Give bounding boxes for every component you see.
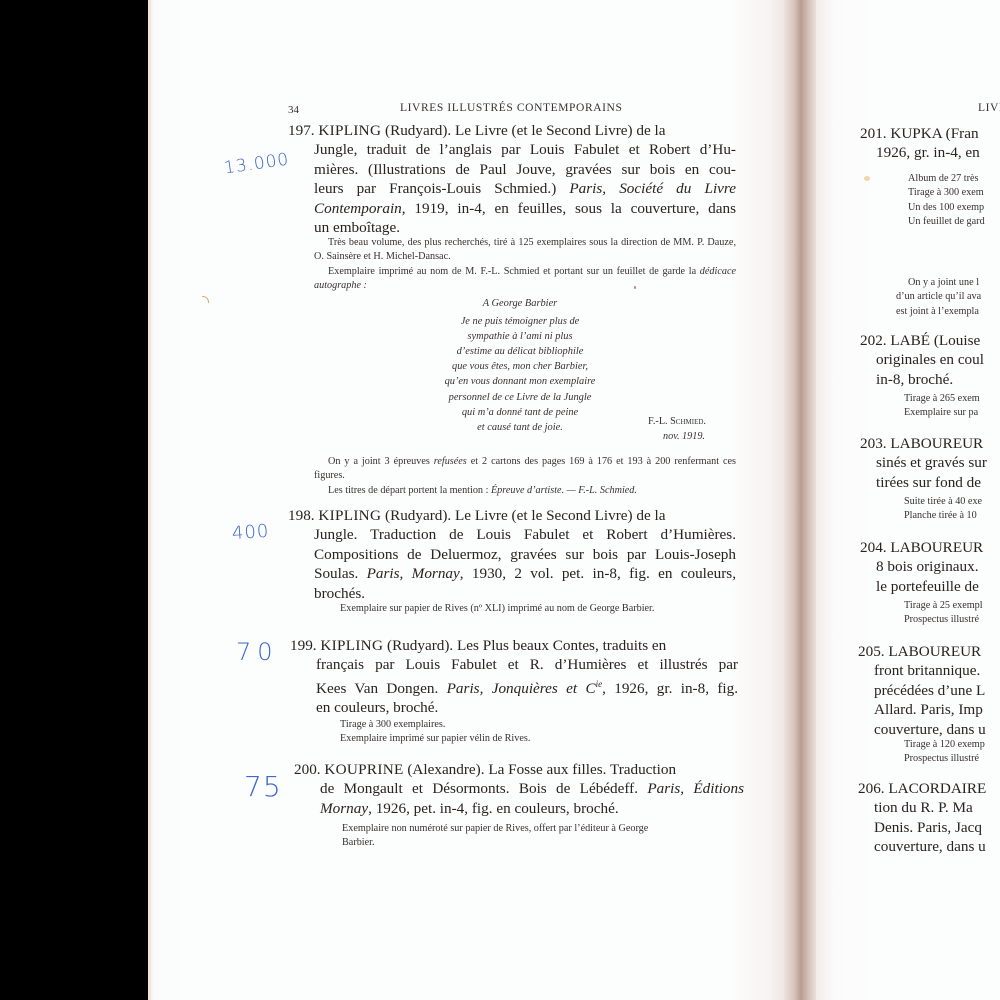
catalogue-entry-202: 202. LABÉ (Louise originales en coul in-…	[860, 331, 984, 389]
entry-text-line: , 1926, gr. in-8, fig.	[602, 680, 738, 697]
entry-text-line: précédées d’une L	[858, 681, 986, 700]
running-head: LIVRES ILLUSTRÉS CONTEMPORAINS	[400, 102, 622, 114]
entry-text-line: 203. LABOUREUR	[860, 434, 987, 453]
handwritten-price-199: 70	[236, 638, 279, 666]
entry-text-line: 8 bois originaux.	[860, 557, 983, 576]
note-paragraph: Barbier.	[342, 836, 742, 850]
entry-text-line: Soulas.	[314, 565, 358, 582]
note-line: On y a joint une l	[896, 276, 981, 290]
note-line: Un feuillet de gard	[908, 215, 985, 229]
entry-title-line: La Fosse aux filles. Traduction	[488, 761, 676, 778]
page-number: 34	[288, 104, 299, 116]
dedication-line: sympathie à l’ami ni plus	[410, 329, 630, 344]
entry-text-line: front britannique.	[858, 661, 986, 680]
entry-note: Album de 27 très Tirage à 300 exem Un de…	[908, 172, 985, 230]
catalogue-entry-197: 197. KIPLING (Rudyard). Le Livre (et le …	[288, 121, 736, 237]
entry-text-line: , 1919, in-4, en feuilles, sous la couve…	[402, 200, 736, 217]
handwritten-price-198: 400	[231, 521, 270, 545]
note-paragraph: Très beau volume, des plus recherchés, t…	[314, 236, 736, 265]
entry-text-line: , 1926, pet. in-4, fig. en couleurs, bro…	[368, 800, 619, 817]
entry-note: Tirage à 265 exem Exemplaire sur pa	[904, 392, 980, 421]
note-line: est joint à l’exempla	[896, 305, 981, 319]
entry-text-line: français par Louis Fabulet et R. d’Humiè…	[290, 655, 738, 674]
entry-title-line: Le Livre (et le Second Livre) de la	[455, 507, 665, 524]
catalogue-entry-200: 200. KOUPRINE (Alexandre). La Fosse aux …	[294, 760, 744, 818]
entry-publisher: Paris, Mornay	[367, 565, 460, 582]
dedication-line: qu’en vous donnant mon exemplaire	[410, 374, 630, 389]
entry-text-line: 202. LABÉ (Louise	[860, 331, 984, 350]
dedication-line: d’estime au délicat bibliophile	[410, 344, 630, 359]
left-page: 34 LIVRES ILLUSTRÉS CONTEMPORAINS 197. K…	[148, 0, 788, 1000]
catalogue-entry-204: 204. LABOUREUR 8 bois originaux. le port…	[860, 538, 983, 596]
entry-number: 199.	[290, 637, 317, 654]
entry-text-line: Compositions de Deluermoz, gravées sur b…	[288, 545, 736, 564]
entry-note: Exemplaire sur papier de Rives (nº XLI) …	[340, 602, 740, 616]
entry-publisher: Contemporain	[314, 200, 402, 217]
note-line: Planche tirée à 10	[904, 509, 982, 523]
entry-title-line: Les Plus beaux Contes, traduits en	[457, 637, 666, 654]
note-line: Album de 27 très	[908, 172, 985, 186]
paper-mark	[202, 296, 209, 303]
catalogue-entry-198: 198. KIPLING (Rudyard). Le Livre (et le …	[288, 506, 736, 603]
entry-text-line: Jungle, traduit de l’anglais par Louis F…	[288, 140, 736, 159]
dedication-line: personnel de ce Livre de la Jungle	[410, 390, 630, 405]
entry-note: Très beau volume, des plus recherchés, t…	[314, 236, 736, 294]
dedication-line: et causé tant de joie.	[410, 420, 630, 435]
entry-text-line: couverture, dans u	[858, 837, 986, 856]
note-line: Suite tirée à 40 exe	[904, 495, 982, 509]
handwritten-price-197: 13.000	[223, 150, 291, 179]
entry-text-line: in-8, broché.	[860, 370, 984, 389]
entry-text-line: originales en coul	[860, 350, 984, 369]
note-paragraph: Exemplaire imprimé au nom de M. F.-L. Sc…	[328, 266, 700, 277]
entry-text-line: couverture, dans u	[858, 720, 986, 739]
entry-text-line: tirées sur fond de	[860, 473, 987, 492]
entry-note: Exemplaire non numéroté sur papier de Ri…	[342, 822, 742, 851]
entry-text-line: 206. LACORDAIRE	[858, 779, 986, 798]
entry-number: 198.	[288, 507, 315, 524]
catalogue-entry-205: 205. LABOUREUR front britannique. précéd…	[858, 642, 986, 739]
entry-publisher: Paris, Jonquières et C	[447, 680, 596, 697]
entry-text-line: un emboîtage.	[288, 218, 736, 237]
entry-text-line: , 1930, 2 vol. pet. in-8, fig. en couleu…	[460, 565, 736, 582]
note-line: Exemplaire sur pa	[904, 406, 980, 420]
entry-note: Suite tirée à 40 exe Planche tirée à 10	[904, 495, 982, 524]
entry-publisher: Paris, Société du Livre	[569, 180, 736, 197]
catalogue-entry-206: 206. LACORDAIRE tion du R. P. Ma Denis. …	[858, 779, 986, 857]
note-paragraph: Tirage à 300 exemplaires.	[340, 718, 740, 732]
author-firstname: (Rudyard).	[387, 637, 453, 654]
entry-publisher: Mornay	[320, 800, 368, 817]
entry-publisher: Paris, Éditions	[647, 780, 744, 797]
note-line: Prospectus illustré	[904, 613, 983, 627]
book-spread: 34 LIVRES ILLUSTRÉS CONTEMPORAINS 197. K…	[148, 0, 1000, 1000]
dedication-line: qui m’a donné tant de peine	[410, 405, 630, 420]
author-firstname: (Rudyard).	[385, 507, 451, 524]
entry-note: Tirage à 120 exemp Prospectus illustré	[904, 738, 985, 767]
note-line: Tirage à 300 exem	[908, 186, 985, 200]
book-gutter	[784, 0, 818, 1000]
note-paragraph: Exemplaire non numéroté sur papier de Ri…	[342, 822, 742, 836]
note-paragraph: Exemplaire imprimé sur papier vélin de R…	[340, 732, 740, 746]
signature-date: nov. 1919.	[622, 429, 732, 444]
entry-text-line: 205. LABOUREUR	[858, 642, 986, 661]
entry-note: On y a joint une l d’un article qu’il av…	[896, 276, 981, 319]
note-line: Prospectus illustré	[904, 752, 985, 766]
entry-note: Tirage à 300 exemplaires. Exemplaire imp…	[340, 718, 740, 747]
right-page: LIVI 201. KUPKA (Fran 1926, gr. in-4, en…	[816, 0, 1000, 1000]
dedication-title: A George Barbier	[410, 296, 630, 311]
entry-text-line: 201. KUPKA (Fran	[860, 124, 980, 143]
dedication-line: Je ne puis témoigner plus de	[410, 314, 630, 329]
entry-text-line: Allard. Paris, Imp	[858, 700, 986, 719]
entry-text-line: brochés.	[288, 584, 736, 603]
catalogue-entry-203: 203. LABOUREUR sinés et gravés sur tirée…	[860, 434, 987, 492]
note-line: Tirage à 120 exemp	[904, 738, 985, 752]
entry-title-line: Le Livre (et le Second Livre) de la	[455, 122, 665, 139]
entry-text-line: Denis. Paris, Jacq	[858, 818, 986, 837]
dedication: A George Barbier Je ne puis témoigner pl…	[410, 296, 630, 435]
entry-author: KIPLING	[318, 507, 381, 524]
entry-text-line: leurs par François-Louis Schmied.)	[314, 180, 556, 197]
entry-number: 197.	[288, 122, 315, 139]
entry-note: Tirage à 25 exempl Prospectus illustré	[904, 599, 983, 628]
entry-text-line: de Mongault et Désormonts. Bois de Lébéd…	[320, 780, 638, 797]
running-head: LIVI	[978, 102, 1000, 114]
note-paragraph: Les titres de départ portent la mention …	[328, 485, 491, 496]
entry-text-line: tion du R. P. Ma	[858, 798, 986, 817]
note-line: Tirage à 265 exem	[904, 392, 980, 406]
entry-text-line: 1926, gr. in-4, en	[860, 143, 980, 162]
entry-text-line: Kees Van Dongen.	[316, 680, 438, 697]
catalogue-entry-199: 199. KIPLING (Rudyard). Les Plus beaux C…	[290, 636, 738, 718]
entry-text-line: mières. (Illustrations de Paul Jouve, gr…	[288, 160, 736, 179]
note-line: d’un article qu’il ava	[896, 290, 981, 304]
entry-author: KOUPRINE	[324, 761, 403, 778]
entry-author: KIPLING	[320, 637, 383, 654]
catalogue-entry-201: 201. KUPKA (Fran 1926, gr. in-4, en	[860, 124, 980, 163]
entry-text-line: sinés et gravés sur	[860, 453, 987, 472]
handwritten-price-200: 75	[244, 770, 282, 803]
entry-text-line: en couleurs, broché.	[290, 698, 738, 717]
note-line: Tirage à 25 exempl	[904, 599, 983, 613]
note-emphasis: Épreuve d’artiste. — F.-L. Schmied.	[491, 485, 637, 496]
note-paragraph: Exemplaire sur papier de Rives (nº XLI) …	[340, 602, 740, 616]
note-paragraph: On y a joint 3 épreuves	[328, 456, 434, 467]
entry-note: On y a joint 3 épreuves refusées et 2 ca…	[314, 455, 736, 498]
entry-author: KIPLING	[318, 122, 381, 139]
author-firstname: (Rudyard).	[385, 122, 451, 139]
dedication-signature: F.-L. Schmied. nov. 1919.	[622, 414, 732, 444]
paper-speck	[634, 286, 636, 289]
note-line: Un des 100 exemp	[908, 201, 985, 215]
entry-number: 200.	[294, 761, 321, 778]
paper-speck	[864, 176, 870, 181]
entry-text-line: le portefeuille de	[860, 577, 983, 596]
signature-name: F.-L. Schmied.	[622, 414, 732, 429]
note-emphasis: refusées	[434, 456, 467, 467]
author-firstname: (Alexandre).	[407, 761, 484, 778]
entry-text-line: Jungle. Traduction de Louis Fabulet et R…	[288, 525, 736, 544]
entry-text-line: 204. LABOUREUR	[860, 538, 983, 557]
dedication-line: que vous êtes, mon cher Barbier,	[410, 359, 630, 374]
